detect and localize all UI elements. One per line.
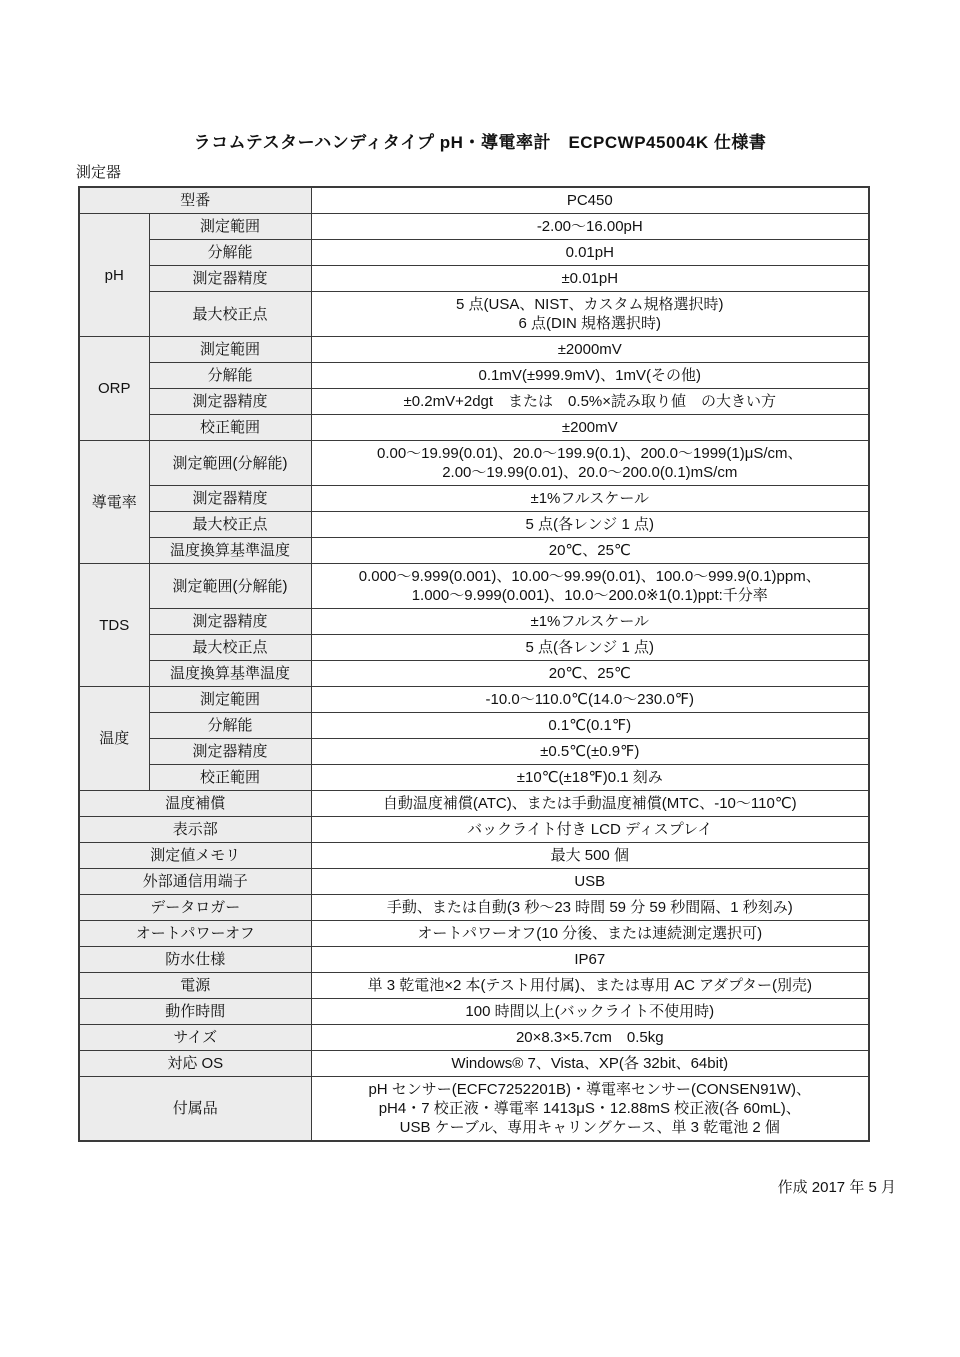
spec-value-cell: ±0.01pH	[311, 266, 869, 292]
spec-label-cell: 防水仕様	[79, 947, 311, 973]
table-row: 測定器精度 ±0.2mV+2dgt または 0.5%×読み取り値 の大きい方	[79, 389, 869, 415]
spec-label-cell: 測定範囲	[149, 337, 311, 363]
table-row: pH 測定範囲 -2.00～16.00pH	[79, 214, 869, 240]
table-row: 最大校正点 5 点(各レンジ 1 点)	[79, 512, 869, 538]
spec-label-cell: 分解能	[149, 363, 311, 389]
spec-label-cell: データロガー	[79, 895, 311, 921]
spec-label-cell: 測定範囲(分解能)	[149, 441, 311, 486]
table-row: サイズ 20×8.3×5.7cm 0.5kg	[79, 1025, 869, 1051]
section-label: 測定器	[76, 161, 960, 182]
spec-label-cell: 分解能	[149, 713, 311, 739]
table-row: 動作時間 100 時間以上(バックライト不使用時)	[79, 999, 869, 1025]
spec-label-cell: 測定範囲	[149, 687, 311, 713]
spec-label-cell: 測定器精度	[149, 609, 311, 635]
spec-value-cell: 20℃、25℃	[311, 661, 869, 687]
group-label-orp: ORP	[79, 337, 149, 441]
spec-label-cell: オートパワーオフ	[79, 921, 311, 947]
table-row: 測定器精度 ±1%フルスケール	[79, 486, 869, 512]
spec-value-cell: 20℃、25℃	[311, 538, 869, 564]
spec-label-cell: 校正範囲	[149, 765, 311, 791]
spec-value-cell: USB	[311, 869, 869, 895]
table-row: ORP 測定範囲 ±2000mV	[79, 337, 869, 363]
table-row: 分解能 0.01pH	[79, 240, 869, 266]
spec-label-cell: 電源	[79, 973, 311, 999]
spec-label-cell: 測定器精度	[149, 389, 311, 415]
spec-label-cell: 分解能	[149, 240, 311, 266]
spec-label-cell: 測定範囲(分解能)	[149, 564, 311, 609]
spec-value-cell: 自動温度補償(ATC)、または手動温度補償(MTC、-10～110℃)	[311, 791, 869, 817]
table-row: 校正範囲 ±10℃(±18℉)0.1 刻み	[79, 765, 869, 791]
table-row: データロガー 手動、または自動(3 秒～23 時間 59 分 59 秒間隔、1 …	[79, 895, 869, 921]
table-row: 付属品 pH センサー(ECFC7252201B)・導電率センサー(CONSEN…	[79, 1077, 869, 1142]
spec-label-cell: 外部通信用端子	[79, 869, 311, 895]
table-row: 温度換算基準温度 20℃、25℃	[79, 661, 869, 687]
spec-value-cell: ±1%フルスケール	[311, 486, 869, 512]
spec-value-cell: 最大 500 個	[311, 843, 869, 869]
table-row: 温度 測定範囲 -10.0～110.0℃(14.0～230.0℉)	[79, 687, 869, 713]
table-row: 防水仕様 IP67	[79, 947, 869, 973]
spec-value-cell: 0.000～9.999(0.001)、10.00～99.99(0.01)、100…	[311, 564, 869, 609]
spec-label-cell: 測定器精度	[149, 266, 311, 292]
spec-label-cell: 測定値メモリ	[79, 843, 311, 869]
group-label-ph: pH	[79, 214, 149, 337]
spec-label-cell: 動作時間	[79, 999, 311, 1025]
spec-value-cell: 単 3 乾電池×2 本(テスト用付属)、または専用 AC アダプター(別売)	[311, 973, 869, 999]
spec-sheet-page: ラコムテスターハンディタイプ pH・導電率計 ECPCWP45004K 仕様書 …	[0, 0, 960, 1357]
table-row: 外部通信用端子 USB	[79, 869, 869, 895]
spec-value-cell: 0.01pH	[311, 240, 869, 266]
page-title: ラコムテスターハンディタイプ pH・導電率計 ECPCWP45004K 仕様書	[0, 0, 960, 153]
table-row: 校正範囲 ±200mV	[79, 415, 869, 441]
spec-value-cell: ±0.5℃(±0.9℉)	[311, 739, 869, 765]
spec-value-cell: バックライト付き LCD ディスプレイ	[311, 817, 869, 843]
spec-value-cell: 100 時間以上(バックライト不使用時)	[311, 999, 869, 1025]
spec-value-cell: 0.1℃(0.1℉)	[311, 713, 869, 739]
spec-value-cell: 20×8.3×5.7cm 0.5kg	[311, 1025, 869, 1051]
spec-value-cell: pH センサー(ECFC7252201B)・導電率センサー(CONSEN91W)…	[311, 1077, 869, 1142]
spec-label-cell: 温度換算基準温度	[149, 661, 311, 687]
spec-value-cell: -2.00～16.00pH	[311, 214, 869, 240]
created-date: 作成 2017 年 5 月	[0, 1176, 896, 1197]
table-row: 導電率 測定範囲(分解能) 0.00～19.99(0.01)、20.0～199.…	[79, 441, 869, 486]
spec-label-cell: 最大校正点	[149, 512, 311, 538]
table-row: 測定値メモリ 最大 500 個	[79, 843, 869, 869]
spec-label-cell: 最大校正点	[149, 292, 311, 337]
spec-value-cell: オートパワーオフ(10 分後、または連続測定選択可)	[311, 921, 869, 947]
table-row: 分解能 0.1℃(0.1℉)	[79, 713, 869, 739]
spec-value-cell: ±10℃(±18℉)0.1 刻み	[311, 765, 869, 791]
spec-value-cell: ±200mV	[311, 415, 869, 441]
group-label-tds: TDS	[79, 564, 149, 687]
spec-value-cell: ±1%フルスケール	[311, 609, 869, 635]
spec-label-cell: 付属品	[79, 1077, 311, 1142]
group-label-temperature: 温度	[79, 687, 149, 791]
table-row: 測定器精度 ±0.5℃(±0.9℉)	[79, 739, 869, 765]
spec-label-cell: 表示部	[79, 817, 311, 843]
spec-table: 型番 PC450 pH 測定範囲 -2.00～16.00pH 分解能 0.01p…	[78, 186, 870, 1142]
spec-label-cell: 温度補償	[79, 791, 311, 817]
table-row: オートパワーオフ オートパワーオフ(10 分後、または連続測定選択可)	[79, 921, 869, 947]
spec-value-cell: 5 点(USA、NIST、カスタム規格選択時) 6 点(DIN 規格選択時)	[311, 292, 869, 337]
spec-value-cell: ±2000mV	[311, 337, 869, 363]
table-row: 表示部 バックライト付き LCD ディスプレイ	[79, 817, 869, 843]
group-label-conductivity: 導電率	[79, 441, 149, 564]
table-row: 最大校正点 5 点(USA、NIST、カスタム規格選択時) 6 点(DIN 規格…	[79, 292, 869, 337]
spec-label-cell: 対応 OS	[79, 1051, 311, 1077]
spec-value-cell: -10.0～110.0℃(14.0～230.0℉)	[311, 687, 869, 713]
spec-label-cell: 測定器精度	[149, 486, 311, 512]
model-label-cell: 型番	[79, 187, 311, 214]
table-row: 温度換算基準温度 20℃、25℃	[79, 538, 869, 564]
spec-label-cell: 最大校正点	[149, 635, 311, 661]
spec-value-cell: ±0.2mV+2dgt または 0.5%×読み取り値 の大きい方	[311, 389, 869, 415]
table-row: 最大校正点 5 点(各レンジ 1 点)	[79, 635, 869, 661]
table-row: 対応 OS Windows® 7、Vista、XP(各 32bit、64bit)	[79, 1051, 869, 1077]
model-value-cell: PC450	[311, 187, 869, 214]
spec-label-cell: サイズ	[79, 1025, 311, 1051]
spec-value-cell: 5 点(各レンジ 1 点)	[311, 512, 869, 538]
spec-label-cell: 校正範囲	[149, 415, 311, 441]
table-row: TDS 測定範囲(分解能) 0.000～9.999(0.001)、10.00～9…	[79, 564, 869, 609]
table-row: 測定器精度 ±1%フルスケール	[79, 609, 869, 635]
spec-value-cell: 0.1mV(±999.9mV)、1mV(その他)	[311, 363, 869, 389]
table-row: 温度補償 自動温度補償(ATC)、または手動温度補償(MTC、-10～110℃)	[79, 791, 869, 817]
table-row: 電源 単 3 乾電池×2 本(テスト用付属)、または専用 AC アダプター(別売…	[79, 973, 869, 999]
spec-value-cell: 手動、または自動(3 秒～23 時間 59 分 59 秒間隔、1 秒刻み)	[311, 895, 869, 921]
spec-label-cell: 測定器精度	[149, 739, 311, 765]
spec-value-cell: Windows® 7、Vista、XP(各 32bit、64bit)	[311, 1051, 869, 1077]
spec-value-cell: 0.00～19.99(0.01)、20.0～199.9(0.1)、200.0～1…	[311, 441, 869, 486]
spec-value-cell: 5 点(各レンジ 1 点)	[311, 635, 869, 661]
spec-label-cell: 測定範囲	[149, 214, 311, 240]
spec-label-cell: 温度換算基準温度	[149, 538, 311, 564]
spec-value-cell: IP67	[311, 947, 869, 973]
table-row: 測定器精度 ±0.01pH	[79, 266, 869, 292]
table-row: 分解能 0.1mV(±999.9mV)、1mV(その他)	[79, 363, 869, 389]
table-row: 型番 PC450	[79, 187, 869, 214]
